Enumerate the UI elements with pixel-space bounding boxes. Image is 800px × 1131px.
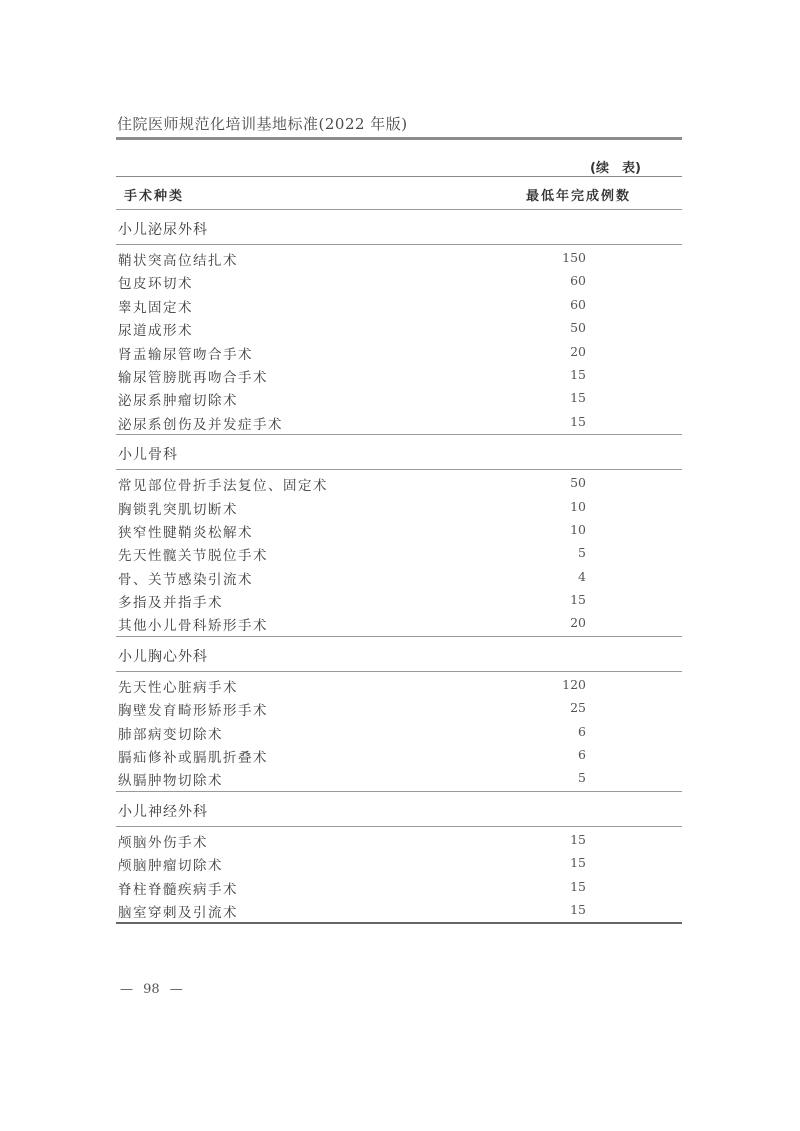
table-row: 常见部位骨折手法复位、固定术50 <box>116 471 682 494</box>
table-row: 脊柱脊髓疾病手术15 <box>116 875 682 898</box>
header-procedure: 手术种类 <box>124 185 184 204</box>
section-title: 小儿骨科 <box>116 435 682 469</box>
table-row: 输尿管膀胱再吻合手术15 <box>116 363 682 386</box>
table-row: 尿道成形术50 <box>116 316 682 339</box>
continued-label: (续 表) <box>590 157 641 176</box>
table-bottom-rule <box>116 922 682 924</box>
header-min-cases: 最低年完成例数 <box>526 185 631 204</box>
table-row: 包皮环切术60 <box>116 269 682 292</box>
table-row: 胸壁发育畸形矫形手术25 <box>116 696 682 719</box>
running-head: 住院医师规范化培训基地标准(2022 年版) <box>117 113 408 134</box>
table-row: 其他小儿骨科矫形手术20 <box>116 611 682 634</box>
table-row: 颅脑外伤手术15 <box>116 828 682 851</box>
table-row: 先天性髋关节脱位手术5 <box>116 541 682 564</box>
table-row: 狭窄性腱鞘炎松解术10 <box>116 518 682 541</box>
header-rule <box>116 137 682 140</box>
surgery-table: 手术种类 最低年完成例数 小儿泌尿外科 鞘状突高位结扎术150 包皮环切术60 … <box>116 176 682 924</box>
table-row: 泌尿系肿瘤切除术15 <box>116 386 682 409</box>
table-row: 纵膈肿物切除术5 <box>116 766 682 789</box>
section-title: 小儿泌尿外科 <box>116 210 682 244</box>
table-row: 脑室穿刺及引流术15 <box>116 898 682 921</box>
section-title: 小儿胸心外科 <box>116 637 682 671</box>
table-row: 颅脑肿瘤切除术15 <box>116 851 682 874</box>
table-header: 手术种类 最低年完成例数 <box>116 177 682 209</box>
table-row: 泌尿系创伤及并发症手术15 <box>116 410 682 433</box>
section-title: 小儿神经外科 <box>116 792 682 826</box>
table-row: 鞘状突高位结扎术150 <box>116 246 682 269</box>
table-row: 肺部病变切除术6 <box>116 720 682 743</box>
table-row: 肾盂输尿管吻合手术20 <box>116 340 682 363</box>
page-number: — 98 — <box>120 982 183 997</box>
table-row: 骨、关节感染引流术4 <box>116 565 682 588</box>
table-row: 先天性心脏病手术120 <box>116 673 682 696</box>
table-row: 膈疝修补或膈肌折叠术6 <box>116 743 682 766</box>
table-row: 多指及并指手术15 <box>116 588 682 611</box>
table-row: 胸锁乳突肌切断术10 <box>116 495 682 518</box>
table-row: 睾丸固定术60 <box>116 293 682 316</box>
